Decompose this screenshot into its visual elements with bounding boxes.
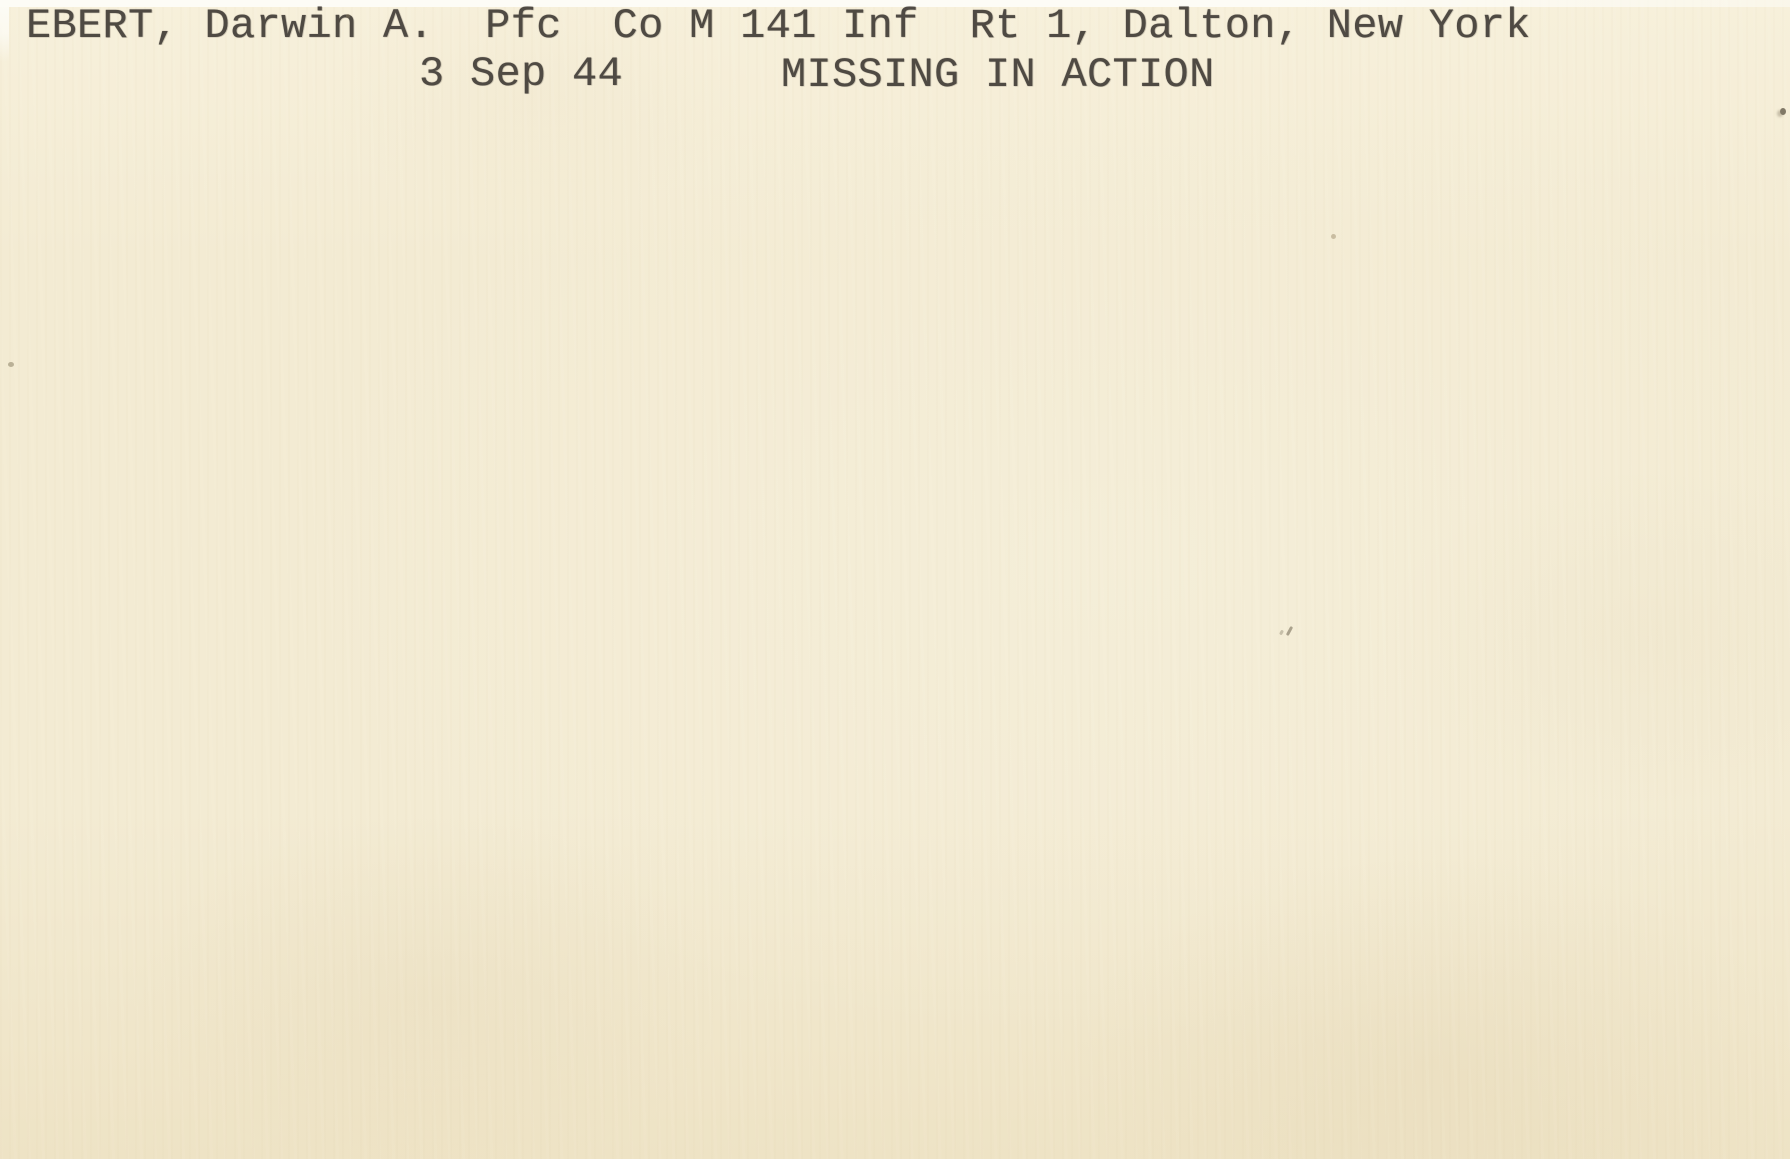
scan-edge-left <box>0 0 9 62</box>
pen-flick-stroke <box>1286 626 1293 636</box>
paper-speck <box>1331 234 1336 239</box>
pen-flick-mark <box>1278 626 1294 640</box>
service-member-record-line: EBERT, Darwin A. Pfc Co M 141 Inf Rt 1, … <box>26 1 1531 51</box>
casualty-status: MISSING IN ACTION <box>781 50 1215 100</box>
casualty-date: 3 Sep 44 <box>419 49 623 99</box>
index-card: EBERT, Darwin A. Pfc Co M 141 Inf Rt 1, … <box>0 0 1790 1159</box>
pen-flick-stroke <box>1279 630 1284 636</box>
paper-texture <box>0 0 1790 1159</box>
paper-speck <box>8 362 14 367</box>
paper-speck <box>1780 108 1786 115</box>
